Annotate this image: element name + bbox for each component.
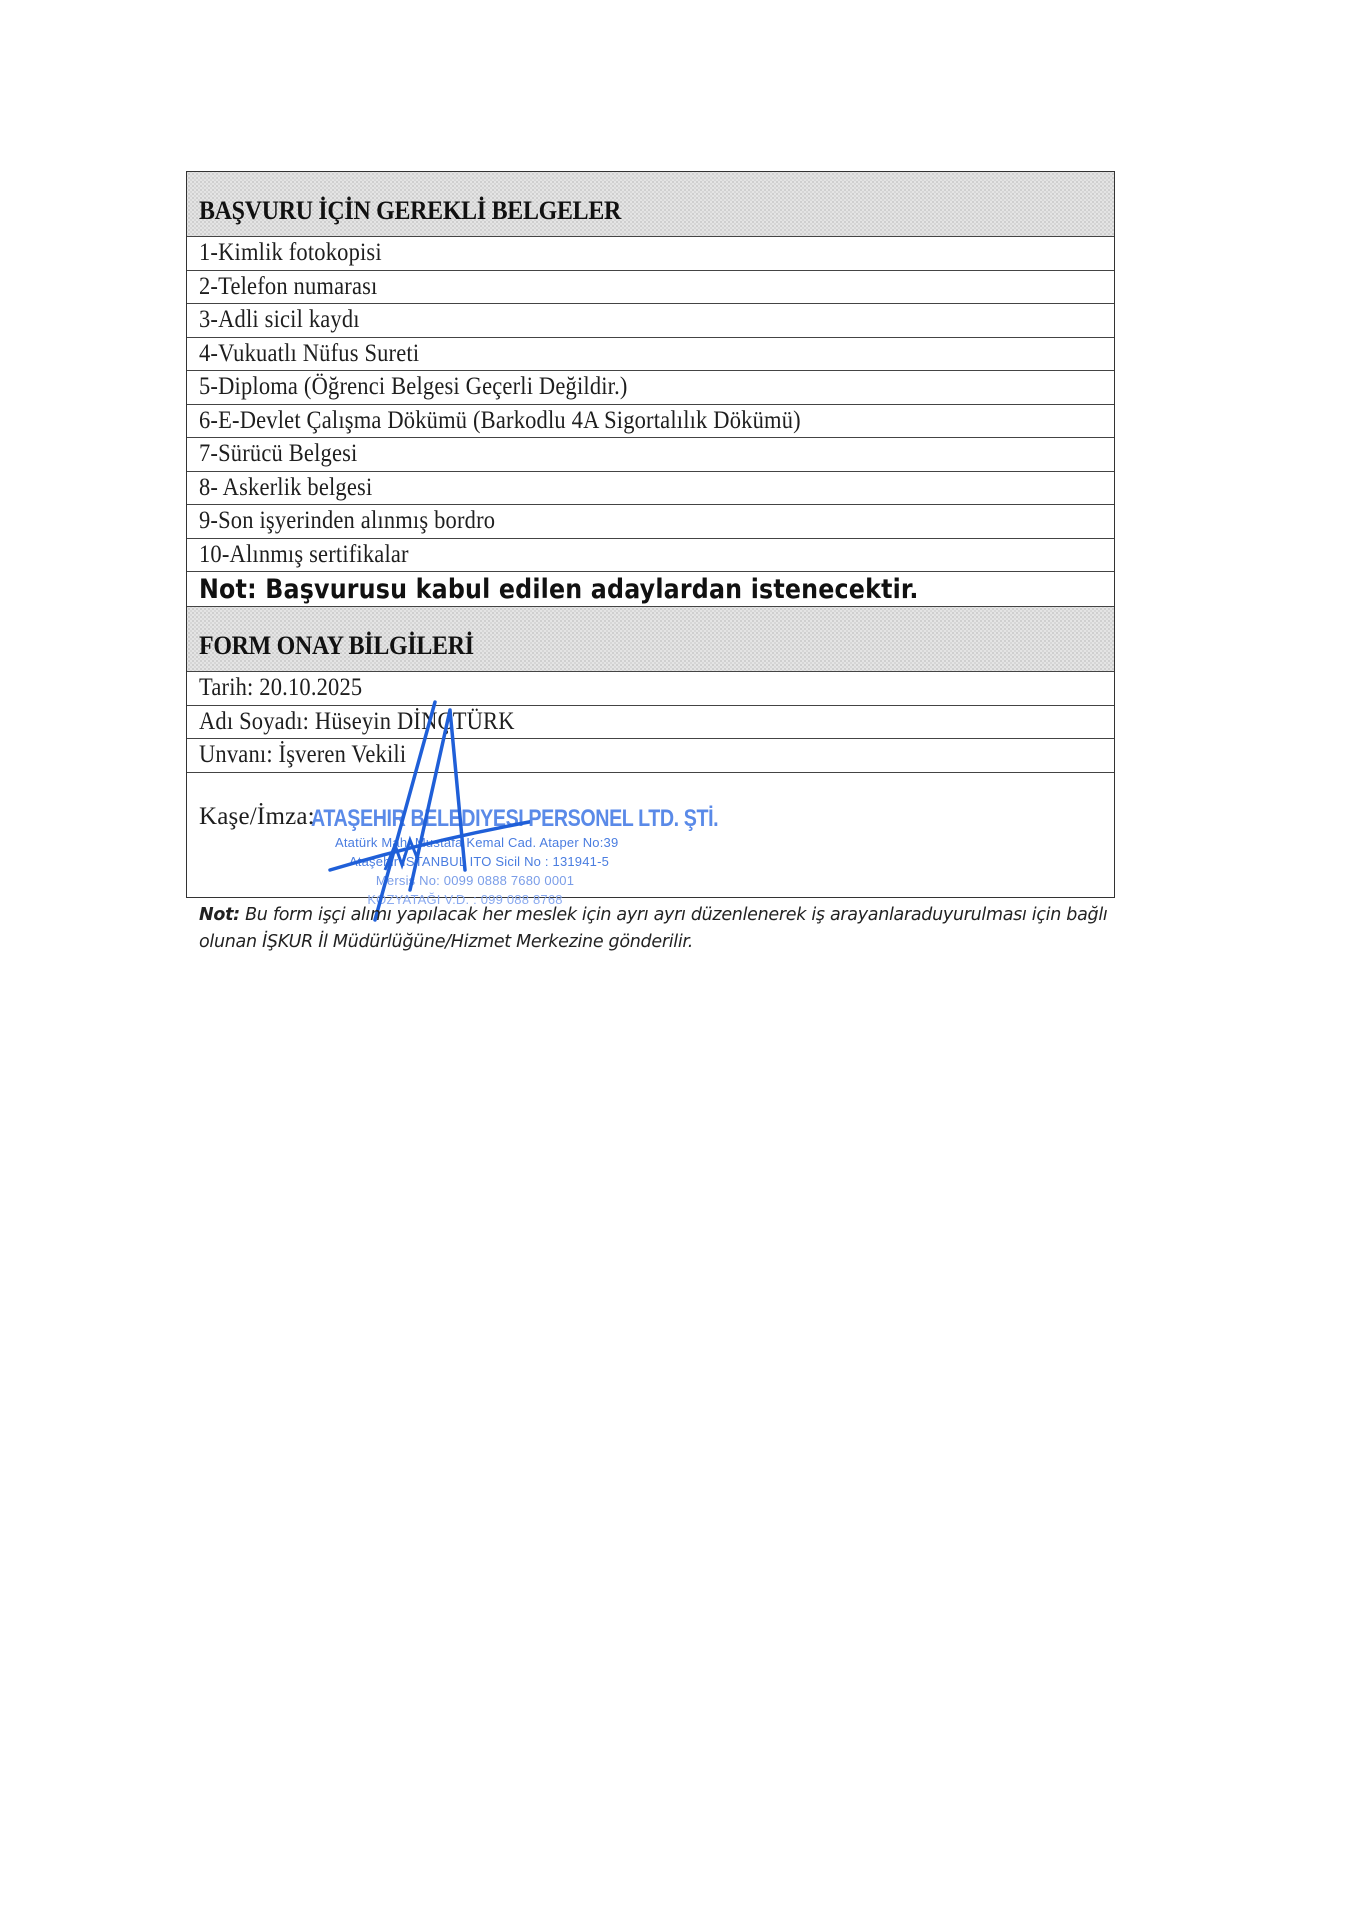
stamp-label: Kaşe/İmza: bbox=[199, 803, 315, 831]
list-item: 7-Sürücü Belgesi bbox=[187, 438, 1114, 472]
list-item: 6-E-Devlet Çalışma Dökümü (Barkodlu 4A S… bbox=[187, 405, 1114, 439]
section-title: FORM ONAY BİLGİLERİ bbox=[199, 631, 474, 661]
list-item: 3-Adli sicil kaydı bbox=[187, 304, 1114, 338]
list-item: 5-Diploma (Öğrenci Belgesi Geçerli Değil… bbox=[187, 371, 1114, 405]
company-stamp: ATAŞEHIR BELEDIYESI PERSONEL LTD. ŞTİ. A… bbox=[315, 805, 615, 909]
approval-date: Tarih: 20.10.2025 bbox=[187, 672, 1114, 706]
section-header-approval: FORM ONAY BİLGİLERİ bbox=[187, 607, 1114, 672]
approval-name: Adı Soyadı: Hüseyin DİNÇTÜRK bbox=[187, 706, 1114, 740]
footer-note: Not: Bu form işçi alımı yapılacak her me… bbox=[199, 902, 1159, 956]
stamp-signature-row: Kaşe/İmza: ATAŞEHIR BELEDIYESI PERSONEL … bbox=[187, 773, 1114, 897]
list-item: 1-Kimlik fotokopisi bbox=[187, 237, 1114, 271]
requirements-note: Not: Başvurusu kabul edilen adaylardan i… bbox=[187, 572, 1114, 607]
list-item: 8- Askerlik belgesi bbox=[187, 472, 1114, 506]
section-header-required-docs: BAŞVURU İÇİN GEREKLİ BELGELER bbox=[187, 172, 1114, 237]
requirements-table: BAŞVURU İÇİN GEREKLİ BELGELER 1-Kimlik f… bbox=[186, 171, 1115, 898]
list-item: 10-Alınmış sertifikalar bbox=[187, 539, 1114, 573]
list-item: 9-Son işyerinden alınmış bordro bbox=[187, 505, 1114, 539]
list-item: 2-Telefon numarası bbox=[187, 271, 1114, 305]
approval-position: Unvanı: İşveren Vekili bbox=[187, 739, 1114, 773]
list-item: 4-Vukuatlı Nüfus Sureti bbox=[187, 338, 1114, 372]
section-title: BAŞVURU İÇİN GEREKLİ BELGELER bbox=[199, 196, 621, 226]
